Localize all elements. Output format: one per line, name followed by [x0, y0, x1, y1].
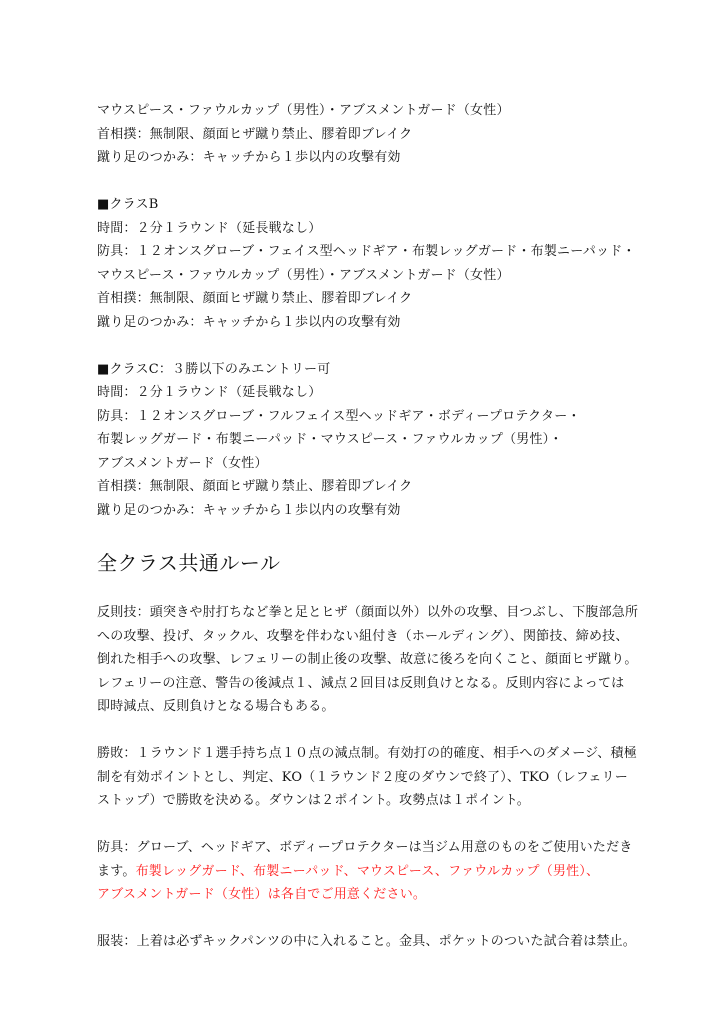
text-line: 首相撲：無制限、顔面ヒザ蹴り禁止、膠着即ブレイク — [97, 475, 657, 499]
spacer — [97, 170, 657, 194]
text-line: レフェリーの注意、警告の後減点１、減点２回目は反則負けとなる。反則内容によっては — [97, 672, 657, 696]
text-line: ます。布製レッグガード、布製ニーパッド、マウスピース、ファウルカップ（男性）、 — [97, 860, 657, 884]
text-line: 時間：２分１ラウンド（延長戦なし） — [97, 217, 657, 241]
text-line: 反則技：頭突きや肘打ちなど拳と足とヒザ（顔面以外）以外の攻撃、目つぶし、下腹部急… — [97, 601, 657, 625]
class-c-section: ■クラスC：３勝以下のみエントリー可 時間：２分１ラウンド（延長戦なし） 防具：… — [97, 358, 657, 523]
class-b-title: ■クラスB — [97, 193, 657, 217]
text-line: 蹴り足のつかみ：キャッチから１歩以内の攻撃有効 — [97, 311, 657, 335]
text-line: アブスメントガード（女性） — [97, 452, 657, 476]
text-line: 首相撲：無制限、顔面ヒザ蹴り禁止、膠着即ブレイク — [97, 287, 657, 311]
common-rules-heading: 全クラス共通ルール — [97, 548, 657, 578]
text-line: ストップ）で勝敗を決める。ダウンは２ポイント。攻勢点は１ポイント。 — [97, 789, 657, 813]
text-line: 蹴り足のつかみ：キャッチから１歩以内の攻撃有効 — [97, 146, 657, 170]
decision-paragraph: 勝敗：１ラウンド１選手持ち点１０点の減点制。有効打の的確度、相手へのダメージ、積… — [97, 742, 657, 813]
spacer — [97, 334, 657, 358]
text-line: への攻撃、投げ、タックル、攻撃を伴わない組付き（ホールディング）、関節技、締め技… — [97, 625, 657, 649]
highlight-text: アブスメントガード（女性）は各自でご用意ください。 — [97, 883, 657, 907]
text-line: 倒れた相手への攻撃、レフェリーの制止後の攻撃、故意に後ろを向くこと、顔面ヒザ蹴り… — [97, 648, 657, 672]
highlight-text: 布製レッグガード、布製ニーパッド、マウスピース、ファウルカップ（男性）、 — [136, 864, 600, 879]
text-line: 即時減点、反則負けとなる場合もある。 — [97, 695, 657, 719]
text-line: 制を有効ポイントとし、判定、KO（１ラウンド２度のダウンで終了）、TKO（レフェ… — [97, 766, 657, 790]
text-line: 時間：２分１ラウンド（延長戦なし） — [97, 381, 657, 405]
text-line: 勝敗：１ラウンド１選手持ち点１０点の減点制。有効打の的確度、相手へのダメージ、積… — [97, 742, 657, 766]
text-line: 蹴り足のつかみ：キャッチから１歩以内の攻撃有効 — [97, 499, 657, 523]
text-line: マウスピース・ファウルカップ（男性）・アブスメントガード（女性） — [97, 264, 657, 288]
text-line: 防具：１２オンスグローブ・フェイス型ヘッドギア・布製レッグガード・布製ニーパッド… — [97, 240, 657, 264]
class-c-title: ■クラスC：３勝以下のみエントリー可 — [97, 358, 657, 382]
class-a-tail: マウスピース・ファウルカップ（男性）・アブスメントガード（女性） 首相撲：無制限… — [97, 99, 657, 170]
text-segment: ます。 — [97, 864, 136, 879]
class-b-section: ■クラスB 時間：２分１ラウンド（延長戦なし） 防具：１２オンスグローブ・フェイ… — [97, 193, 657, 334]
attire-paragraph: 服装：上着は必ずキックパンツの中に入れること。金具、ポケットのついた試合着は禁止… — [97, 930, 657, 954]
text-line: 布製レッグガード・布製ニーパッド・マウスピース・ファウルカップ（男性）・ — [97, 428, 657, 452]
text-line: マウスピース・ファウルカップ（男性）・アブスメントガード（女性） — [97, 99, 657, 123]
text-line: 首相撲：無制限、顔面ヒザ蹴り禁止、膠着即ブレイク — [97, 123, 657, 147]
text-line: 防具：１２オンスグローブ・フルフェイス型ヘッドギア・ボディープロテクター・ — [97, 405, 657, 429]
equipment-paragraph: 防具：グローブ、ヘッドギア、ボディープロテクターは当ジム用意のものをご使用いただ… — [97, 836, 657, 907]
fouls-paragraph: 反則技：頭突きや肘打ちなど拳と足とヒザ（顔面以外）以外の攻撃、目つぶし、下腹部急… — [97, 601, 657, 719]
text-line: 服装：上着は必ずキックパンツの中に入れること。金具、ポケットのついた試合着は禁止… — [97, 930, 657, 954]
document-page: マウスピース・ファウルカップ（男性）・アブスメントガード（女性） 首相撲：無制限… — [97, 99, 657, 954]
text-line: 防具：グローブ、ヘッドギア、ボディープロテクターは当ジム用意のものをご使用いただ… — [97, 836, 657, 860]
